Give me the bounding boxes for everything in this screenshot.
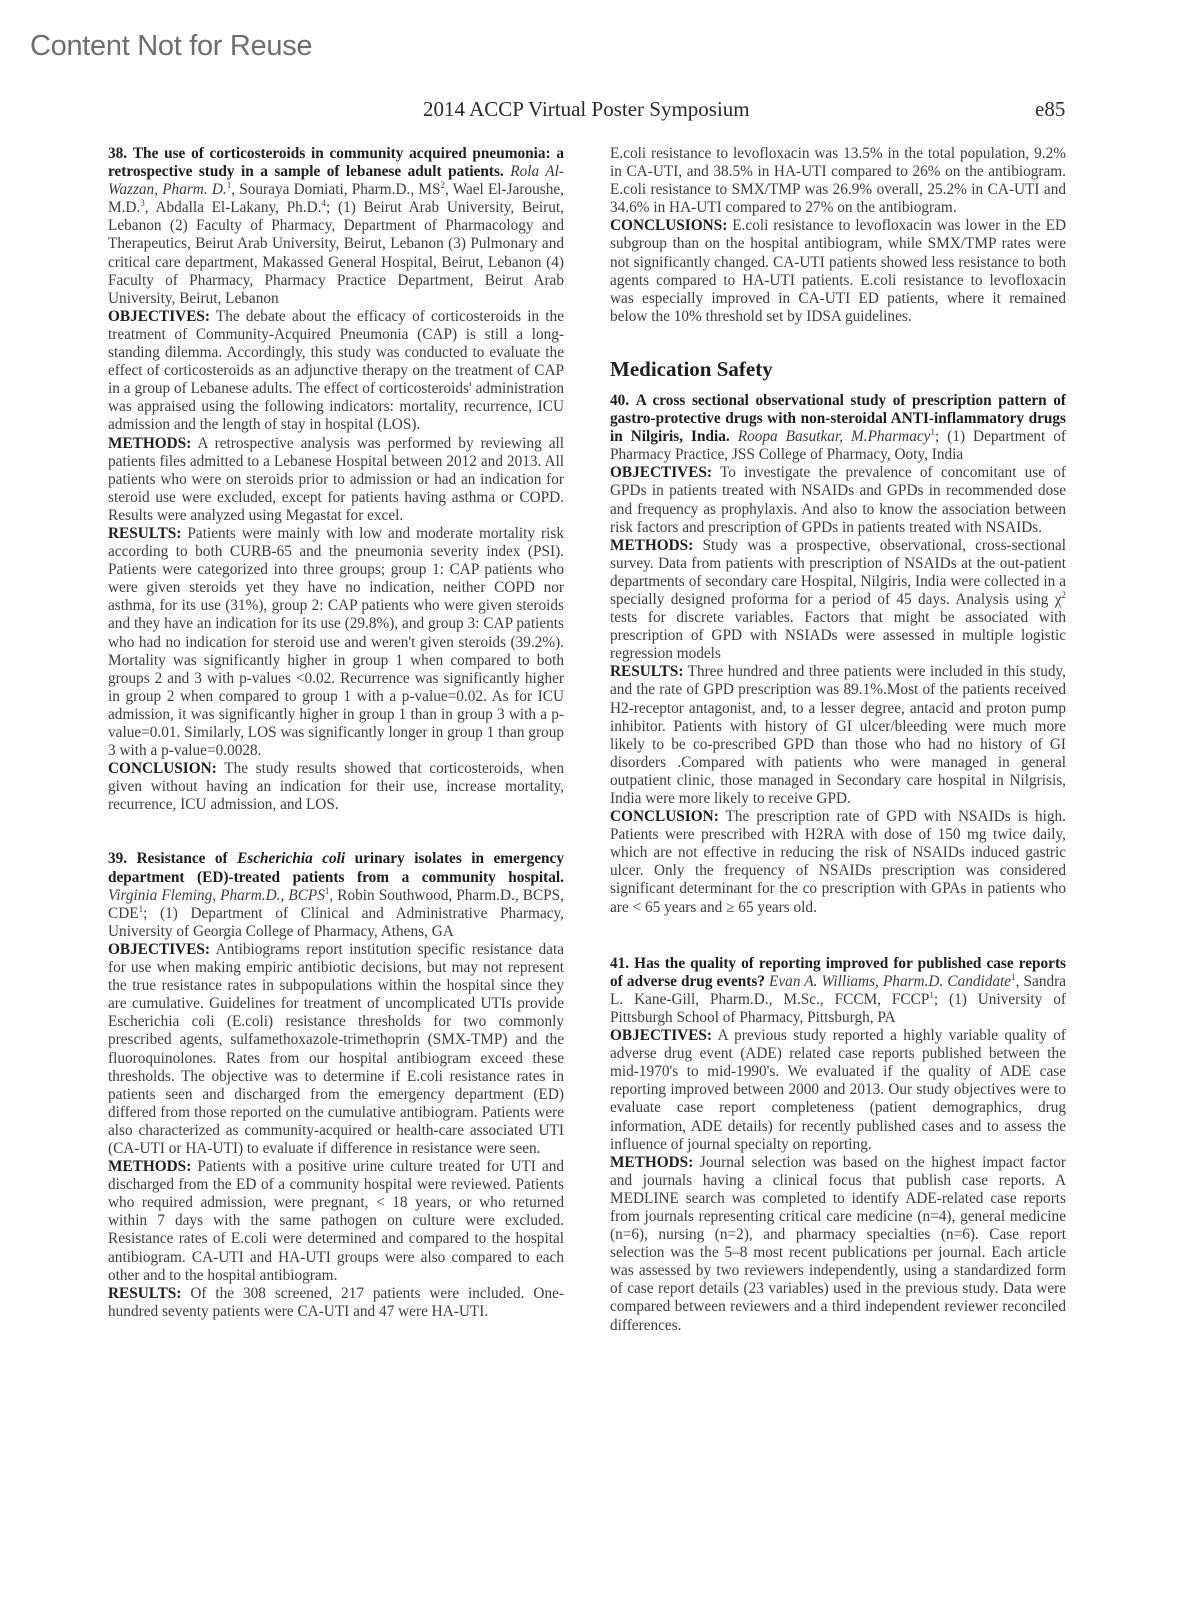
section-label: RESULTS:	[108, 1285, 181, 1302]
section-label: METHODS:	[610, 537, 693, 554]
author-sup: 4	[322, 198, 327, 208]
section-label: OBJECTIVES:	[610, 1027, 712, 1044]
watermark: Content Not for Reuse	[30, 30, 312, 63]
abstract-title: Resistance of	[137, 850, 228, 867]
section-label: METHODS:	[108, 1158, 191, 1175]
section-label: OBJECTIVES:	[610, 464, 712, 481]
section-text: Patients with a positive urine culture t…	[108, 1158, 564, 1284]
section-text: Three hundred and three patients were in…	[610, 663, 1066, 807]
section-text: tests for discrete variables. Factors th…	[610, 609, 1066, 662]
section-text: Antibiograms report institution specific…	[108, 941, 564, 1157]
author-sup: 3	[140, 198, 145, 208]
author-sup: 2	[440, 180, 445, 190]
author: Evan A. Williams, Pharm.D. Candidate	[769, 973, 1011, 990]
page-number: e85	[1035, 97, 1065, 122]
author-sup: 1	[227, 180, 232, 190]
left-column: 38. The use of corticosteroids in commun…	[108, 145, 564, 1321]
section-label: CONCLUSIONS:	[610, 217, 727, 234]
abstract-title-organism: Escherichia coli	[237, 850, 345, 867]
author-sup: 1	[1011, 972, 1016, 982]
section-label: METHODS:	[610, 1154, 693, 1171]
abstract-number: 40.	[610, 392, 629, 409]
abstract-title: The use of corticosteroids in community …	[108, 145, 564, 180]
author-sup: 1	[930, 427, 935, 437]
section-text: The debate about the efficacy of cortico…	[108, 308, 564, 434]
author: Virginia Fleming, Pharm.D., BCPS	[108, 887, 325, 904]
author-sup: 1	[325, 886, 330, 896]
section-label: METHODS:	[108, 435, 191, 452]
abstract-39-continued: E.coli resistance to levofloxacin was 13…	[610, 145, 1066, 326]
section-text: Journal selection was based on the highe…	[610, 1154, 1066, 1334]
chi-square-sup: 2	[1062, 590, 1067, 600]
abstract-39: 39. Resistance of Escherichia coli urina…	[108, 850, 564, 1320]
section-label: OBJECTIVES:	[108, 308, 210, 325]
abstract-number: 39.	[108, 850, 127, 867]
author: Roopa Basutkar, M.Pharmacy	[738, 428, 931, 445]
right-column: E.coli resistance to levofloxacin was 13…	[610, 145, 1066, 1335]
section-heading: Medication Safety	[610, 356, 1066, 382]
section-label: CONCLUSION:	[610, 808, 719, 825]
abstract-41: 41. Has the quality of reporting improve…	[610, 955, 1066, 1335]
affiliations: (1) Department of Clinical and Administr…	[108, 905, 564, 940]
section-text: A previous study reported a highly varia…	[610, 1027, 1066, 1153]
abstract-number: 41.	[610, 955, 629, 972]
author: Souraya Domiati, Pharm.D., MS	[239, 181, 440, 198]
section-label: RESULTS:	[108, 525, 181, 542]
section-label: OBJECTIVES:	[108, 941, 210, 958]
author-sup: 1	[929, 990, 934, 1000]
abstract-number: 38.	[108, 145, 127, 162]
section-text: Patients were mainly with low and modera…	[108, 525, 564, 759]
author-sup: 1	[139, 904, 144, 914]
section-label: RESULTS:	[610, 663, 683, 680]
section-label: CONCLUSION:	[108, 760, 217, 777]
abstract-38: 38. The use of corticosteroids in commun…	[108, 145, 564, 814]
abstract-40: 40. A cross sectional observational stud…	[610, 392, 1066, 917]
section-text: E.coli resistance to levofloxacin was 13…	[610, 145, 1066, 216]
author: Abdalla El-Lakany, Ph.D.	[155, 199, 321, 216]
journal-title: 2014 ACCP Virtual Poster Symposium	[423, 97, 750, 122]
